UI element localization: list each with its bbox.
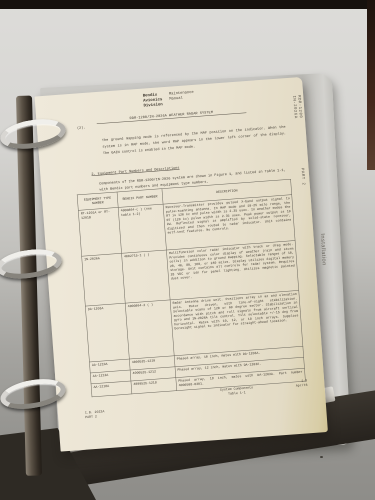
divider-tab-label: Installation <box>319 233 327 266</box>
manual-page: Bendix Avionics Division Maintenance Man… <box>35 77 328 452</box>
cell-type: RT-1201A or RT-1201B <box>78 207 121 256</box>
publisher-block: Bendix Avionics Division <box>143 92 163 108</box>
photo-of-binder-scene: Installation Bendix Avionics Division Ma… <box>0 0 375 500</box>
intro-paragraph: The ground mapping mode is referenced by… <box>102 124 287 157</box>
manual-page-content: Bendix Avionics Division Maintenance Man… <box>35 77 328 452</box>
cell-type: IN-2026A <box>82 253 126 306</box>
table-speck <box>320 456 323 458</box>
components-table: EQUIPMENT TYPE NUMBER BENDIX PART NUMBER… <box>77 179 306 397</box>
edge-label-model: RDR-1200 <box>297 95 303 118</box>
photo-top-edge <box>0 0 375 9</box>
footer-part: PART 2 <box>85 414 105 420</box>
doc-type-block: Maintenance Manual <box>169 90 195 107</box>
background-dark-edge <box>367 0 375 170</box>
cell-type: AA-1218A <box>91 381 132 397</box>
doc-type-line: Manual <box>169 95 194 102</box>
item-marker: (2). <box>77 126 86 131</box>
cell-part: 4002715-1 ( ) <box>122 250 171 303</box>
footer-date: Apr/78 <box>276 383 307 390</box>
footer-page-info: 1-3 Apr/78 <box>276 378 308 389</box>
cell-description: Radar Antenna drive unit. Positions arra… <box>170 290 303 355</box>
publisher-line: Division <box>143 102 163 108</box>
section-heading: 2. Equipment Part Numbers and Descriptio… <box>91 166 179 176</box>
page-edge-labels: IN-2026A RDR-1200 <box>292 95 303 119</box>
cell-part: 4000525-1218 <box>131 378 177 394</box>
footer-document-number: I.B. 2022A PART 2 <box>85 409 105 419</box>
cell-part: 4000864-2 ( ) <box>125 300 174 359</box>
cell-type: DA-1203A <box>85 303 129 362</box>
document-title: RDR-1200/IN-2026A WEATHER RADAR SYSTEM <box>96 108 246 124</box>
cell-part: 4000864-( ) (see table 1-2) <box>118 204 166 253</box>
edge-label-part: PART 2 <box>300 168 306 186</box>
page-header: Bendix Avionics Division Maintenance Man… <box>143 90 195 109</box>
